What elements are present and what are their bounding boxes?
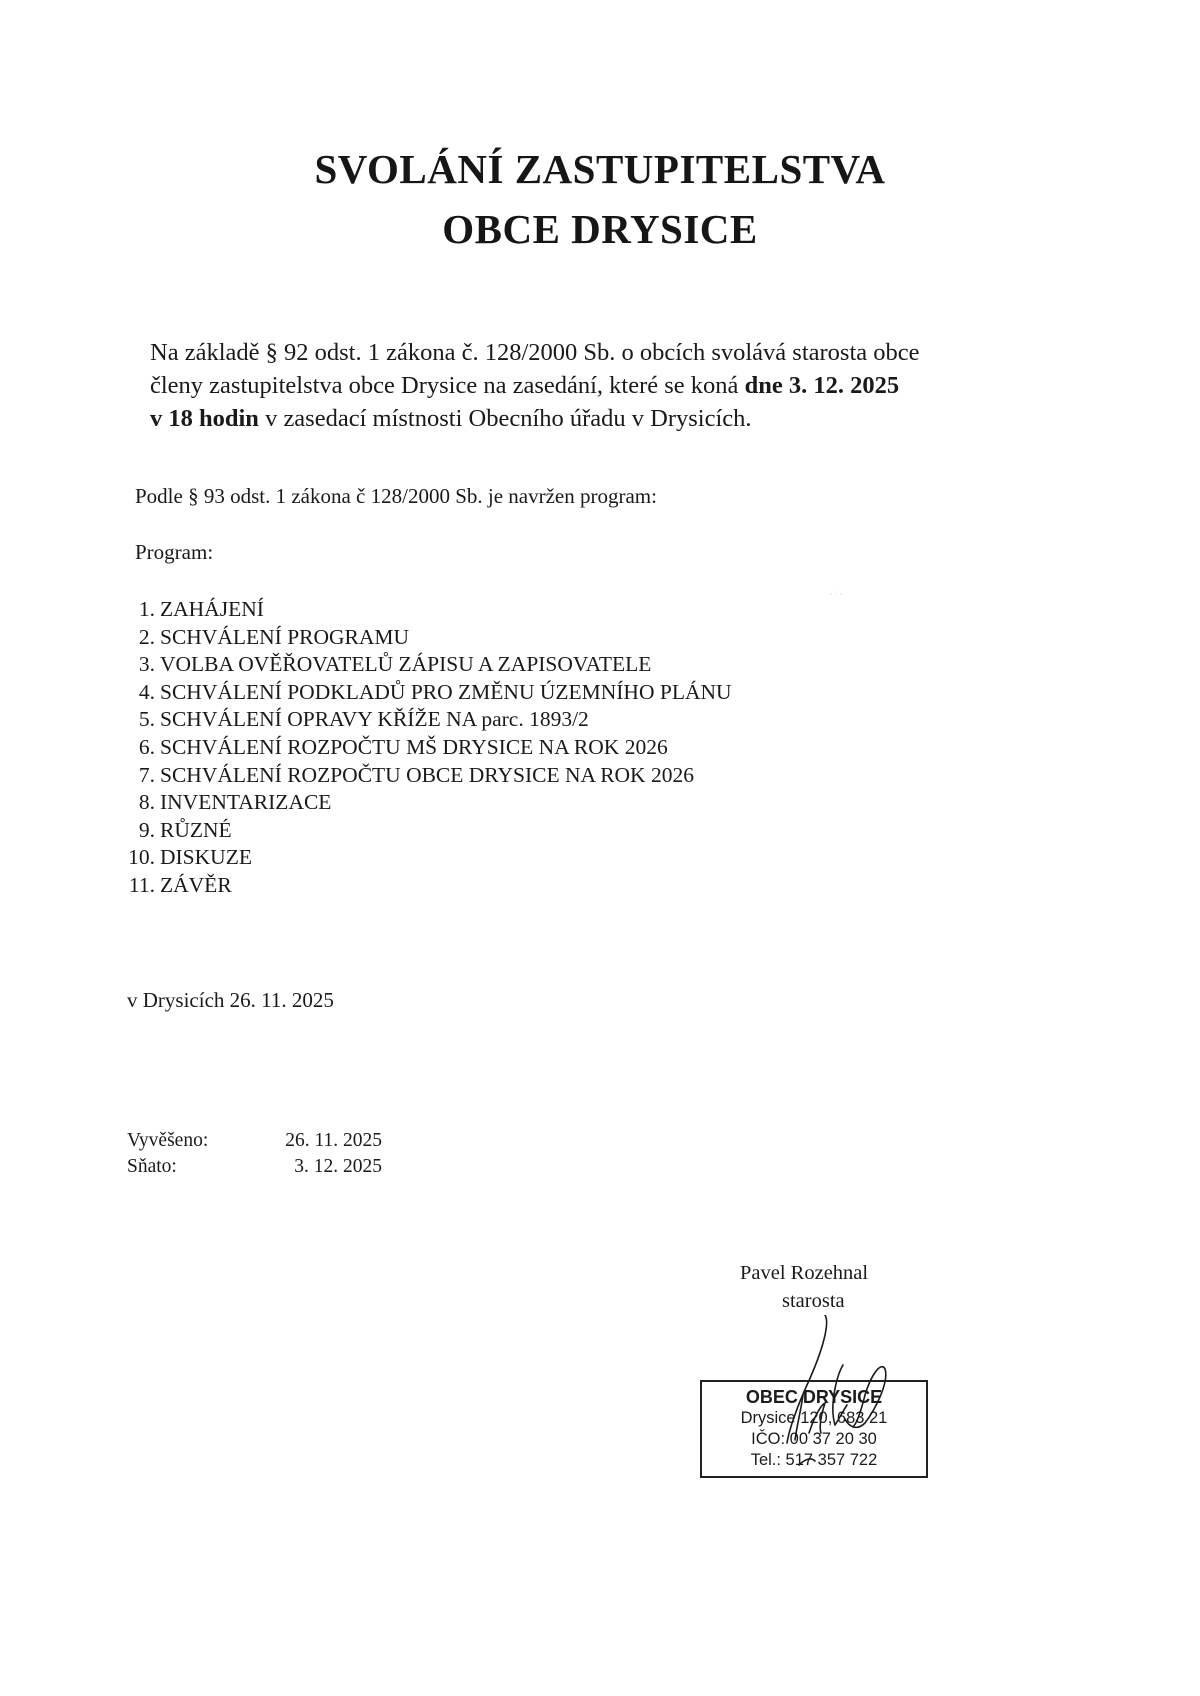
program-item-number: 5. xyxy=(127,706,155,734)
removed-value: 3. 12. 2025 xyxy=(257,1154,382,1180)
scan-artifact: · ˙ · xyxy=(830,590,870,598)
program-list: 1.ZAHÁJENÍ2.SCHVÁLENÍ PROGRAMU3.VOLBA OV… xyxy=(127,596,732,900)
program-item-text: RŮZNÉ xyxy=(160,817,232,845)
program-item-number: 6. xyxy=(127,734,155,762)
program-item-number: 11. xyxy=(127,872,155,900)
program-item: 7.SCHVÁLENÍ ROZPOČTU OBCE DRYSICE NA ROK… xyxy=(127,762,732,790)
program-item-text: DISKUZE xyxy=(160,844,252,872)
program-item-text: VOLBA OVĚŘOVATELŮ ZÁPISU A ZAPISOVATELE xyxy=(160,651,651,679)
intro-line-2-text: členy zastupitelstva obce Drysice na zas… xyxy=(150,372,745,399)
signer-role: starosta xyxy=(782,1290,845,1313)
program-item-text: SCHVÁLENÍ PROGRAMU xyxy=(160,624,409,652)
program-item-text: SCHVÁLENÍ PODKLADŮ PRO ZMĚNU ÚZEMNÍHO PL… xyxy=(160,679,732,707)
program-item-number: 9. xyxy=(127,817,155,845)
handwritten-signature-icon xyxy=(785,1315,935,1475)
document-title-line1: SVOLÁNÍ ZASTUPITELSTVA xyxy=(0,145,1200,193)
meeting-date: dne 3. 12. 2025 xyxy=(745,372,900,399)
removed-label: Sňato: xyxy=(127,1154,257,1180)
place-and-date: v Drysicích 26. 11. 2025 xyxy=(127,988,334,1013)
program-item-number: 8. xyxy=(127,789,155,817)
program-item-text: ZÁVĚR xyxy=(160,872,232,900)
program-item-number: 3. xyxy=(127,651,155,679)
signer-name: Pavel Rozehnal xyxy=(740,1262,868,1285)
program-item: 10.DISKUZE xyxy=(127,844,732,872)
intro-paragraph: Na základě § 92 odst. 1 zákona č. 128/20… xyxy=(150,336,920,435)
intro-line-2: členy zastupitelstva obce Drysice na zas… xyxy=(150,369,920,402)
program-item: 1.ZAHÁJENÍ xyxy=(127,596,732,624)
removed-row: Sňato: 3. 12. 2025 xyxy=(127,1154,382,1180)
program-item-text: SCHVÁLENÍ ROZPOČTU OBCE DRYSICE NA ROK 2… xyxy=(160,762,694,790)
meeting-time: v 18 hodin xyxy=(150,405,259,432)
program-item-text: ZAHÁJENÍ xyxy=(160,596,264,624)
program-item: 6.SCHVÁLENÍ ROZPOČTU MŠ DRYSICE NA ROK 2… xyxy=(127,734,732,762)
program-item-text: SCHVÁLENÍ ROZPOČTU MŠ DRYSICE NA ROK 202… xyxy=(160,734,668,762)
meeting-place: v zasedací místnosti Obecního úřadu v Dr… xyxy=(259,405,752,432)
program-label: Program: xyxy=(135,540,213,565)
program-item-number: 1. xyxy=(127,596,155,624)
intro-line-1: Na základě § 92 odst. 1 zákona č. 128/20… xyxy=(150,336,920,369)
program-item: 8.INVENTARIZACE xyxy=(127,789,732,817)
program-item: 5.SCHVÁLENÍ OPRAVY KŘÍŽE NA parc. 1893/2 xyxy=(127,706,732,734)
program-item: 4.SCHVÁLENÍ PODKLADŮ PRO ZMĚNU ÚZEMNÍHO … xyxy=(127,679,732,707)
posting-info: Vyvěšeno: 26. 11. 2025 Sňato: 3. 12. 202… xyxy=(127,1128,382,1180)
program-item-text: SCHVÁLENÍ OPRAVY KŘÍŽE NA parc. 1893/2 xyxy=(160,706,589,734)
program-item-number: 7. xyxy=(127,762,155,790)
program-item-text: INVENTARIZACE xyxy=(160,789,331,817)
document-title-line2: OBCE DRYSICE xyxy=(0,205,1200,253)
posted-row: Vyvěšeno: 26. 11. 2025 xyxy=(127,1128,382,1154)
program-item: 2.SCHVÁLENÍ PROGRAMU xyxy=(127,624,732,652)
program-item: 3.VOLBA OVĚŘOVATELŮ ZÁPISU A ZAPISOVATEL… xyxy=(127,651,732,679)
program-item-number: 4. xyxy=(127,679,155,707)
intro-line-3: v 18 hodin v zasedací místnosti Obecního… xyxy=(150,402,920,435)
program-item: 9.RŮZNÉ xyxy=(127,817,732,845)
posted-label: Vyvěšeno: xyxy=(127,1128,257,1154)
program-item-number: 2. xyxy=(127,624,155,652)
legal-basis-text: Podle § 93 odst. 1 zákona č 128/2000 Sb.… xyxy=(135,484,657,509)
program-item: 11.ZÁVĚR xyxy=(127,872,732,900)
posted-value: 26. 11. 2025 xyxy=(257,1128,382,1154)
program-item-number: 10. xyxy=(127,844,155,872)
